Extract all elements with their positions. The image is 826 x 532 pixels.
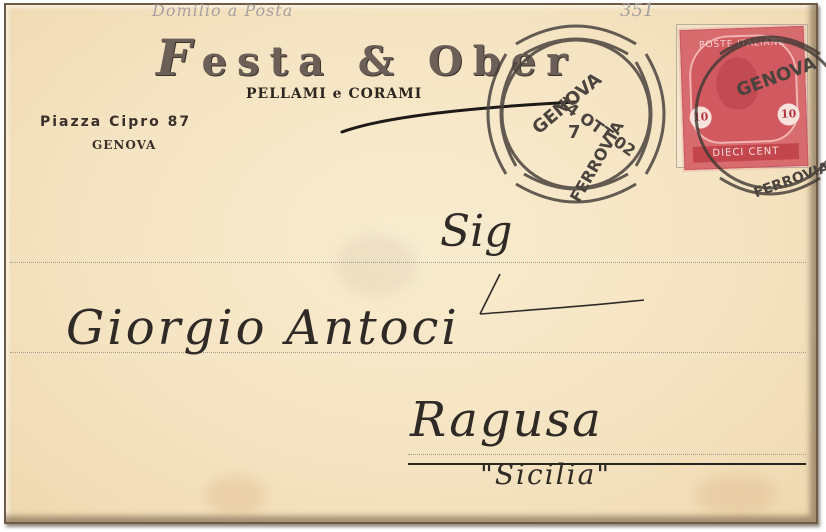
address-line — [10, 262, 806, 263]
recipient-town: Ragusa — [410, 392, 603, 448]
firm-name-initial: F — [156, 28, 202, 87]
recipient-name: Giorgio Antoci — [66, 300, 460, 356]
svg-text:GENOVA: GENOVA — [734, 53, 820, 101]
recipient-region: "Sicilia" — [480, 458, 611, 491]
stain — [696, 475, 776, 515]
city: GENOVA — [92, 138, 156, 152]
svg-text:FERROVIA: FERROVIA — [752, 159, 826, 201]
postmark: GENOVA FERROVIA — [690, 14, 826, 214]
svg-text:7: 7 — [568, 122, 581, 143]
postmark: GENOVA 14 OTT 02 7 FERROVIA — [476, 14, 676, 214]
address-line — [408, 454, 806, 455]
pencil-note: Domilio a Posta — [152, 1, 293, 20]
stain — [336, 235, 416, 295]
stain — [206, 475, 266, 515]
address: Piazza Cipro 87 — [40, 114, 191, 130]
salutation-flourish — [470, 270, 650, 320]
